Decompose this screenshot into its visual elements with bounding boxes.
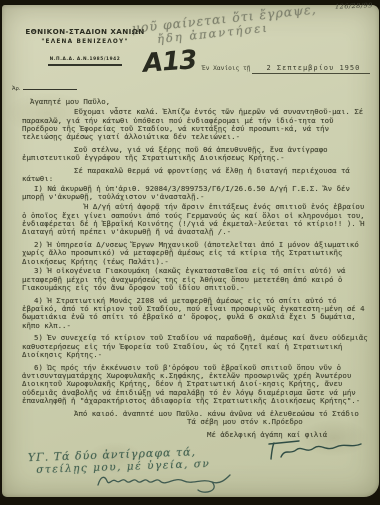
scanned-letter-page: { "scan": { "corner_number": "126/28/99"… [0, 0, 380, 505]
salutation: Ἀγαπητέ μου Παῦλο, [22, 98, 373, 106]
letter-paragraph: 6) Ὡς πρός τήν ἐκκένωσιν τοῦ β'ὀρόφου το… [22, 364, 373, 405]
letter-body: Ἀγαπητέ μου Παῦλο, Εὔχομαι νἆστε καλά. Ἐ… [22, 98, 373, 416]
sender-signature-icon [257, 435, 372, 467]
letter-paragraph: Σέ παρακαλῶ θερμά νά φροντίσῃς νά ἔλθῃ ἡ… [22, 167, 373, 184]
letter-paragraph: Ἡ Δ/γή αὐτή ἀφορᾷ τήν ἄρσιν ἐπιτάξεως ἑν… [22, 203, 373, 236]
handwritten-file-mark: Α13 [142, 45, 197, 79]
letter-paragraph: Εὔχομαι νἆστε καλά. Ἐλπίζω ἐντός τῶν ἡμε… [22, 108, 373, 141]
letter-paragraph: Ἀπό καιρό, ἀγαπητέ μου Παῦλο, κάνω ἀγῶνα… [22, 410, 373, 416]
protocol-number-blank-rule [23, 85, 77, 90]
protocol-number-label: Ἀρ. [12, 86, 21, 92]
letter-paragraphs: Εὔχομαι νἆστε καλά. Ἐλπίζω ἐντός τῶν ἡμε… [22, 108, 373, 416]
letterhead-organization: ΕΘΝΙΚΟΝ-ΣΤΑΔΙΟΝ ΧΑΝΙΩΝ [16, 27, 154, 36]
dateline-date: 2 Σεπτεμβρίου 1950 [252, 64, 370, 74]
letter-paper: 126/28/99 μοῦ φαίνεται ὅτι ἔγραψε, ἤδη ἀ… [2, 5, 379, 497]
handwritten-top-note: μοῦ φαίνεται ὅτι ἔγραψε, ἤδη ἀπαντήσει [131, 1, 319, 48]
letter-paragraph: 4) Ἡ Στρατιωτική Μονάς 2Ι08 νά μεταφερθῇ… [22, 297, 373, 330]
letter-paragraph: Ι) Νά ἀκυρωθῇ ἡ ὑπ'ἀριθ. 92084/3/899753/… [22, 185, 373, 202]
letterhead-stadium-name: "ΕΛΕΝΑ ΒΕΝΙΖΕΛΟΥ" [16, 39, 154, 45]
protocol-number-line: Ἀρ. [12, 85, 77, 92]
postscript-signature-icon [92, 471, 242, 497]
letter-paragraph: 3) Ἡ οἰκογένεια Γιακουμάκη (κακῶς ἐγκατα… [22, 267, 373, 292]
letter-paragraph: Σοῦ στέλνω, γιά νά ξέρῃς ποῦ θά ἀπευθυνθ… [22, 146, 373, 163]
dateline-place: Ἐν Χανίοις τῇ [202, 65, 250, 72]
closing-regards: Τά σέβη μου στόν κ.Πρόεδρο [187, 417, 373, 426]
archive-corner-number: 126/28/99 [335, 1, 373, 10]
letterhead: ΕΘΝΙΚΟΝ-ΣΤΑΔΙΟΝ ΧΑΝΙΩΝ "ΕΛΕΝΑ ΒΕΝΙΖΕΛΟΥ"… [16, 27, 154, 66]
dateline: Ἐν Χανίοις τῇ2 Σεπτεμβρίου 1950 [202, 64, 370, 74]
letter-paragraph: 5) Ἐν συνεχείᾳ τό κτίριον τοῦ Σταδίου νά… [22, 334, 373, 359]
letter-paragraph: 2) Ἡ ὑπηρεσία Δ/νσεως Ἔργων Μηχανικοῦ (ἀ… [22, 241, 373, 266]
letterhead-legal-line: Ν.Π.Δ.Δ. Α.Ν.1985/1942 [48, 57, 123, 66]
